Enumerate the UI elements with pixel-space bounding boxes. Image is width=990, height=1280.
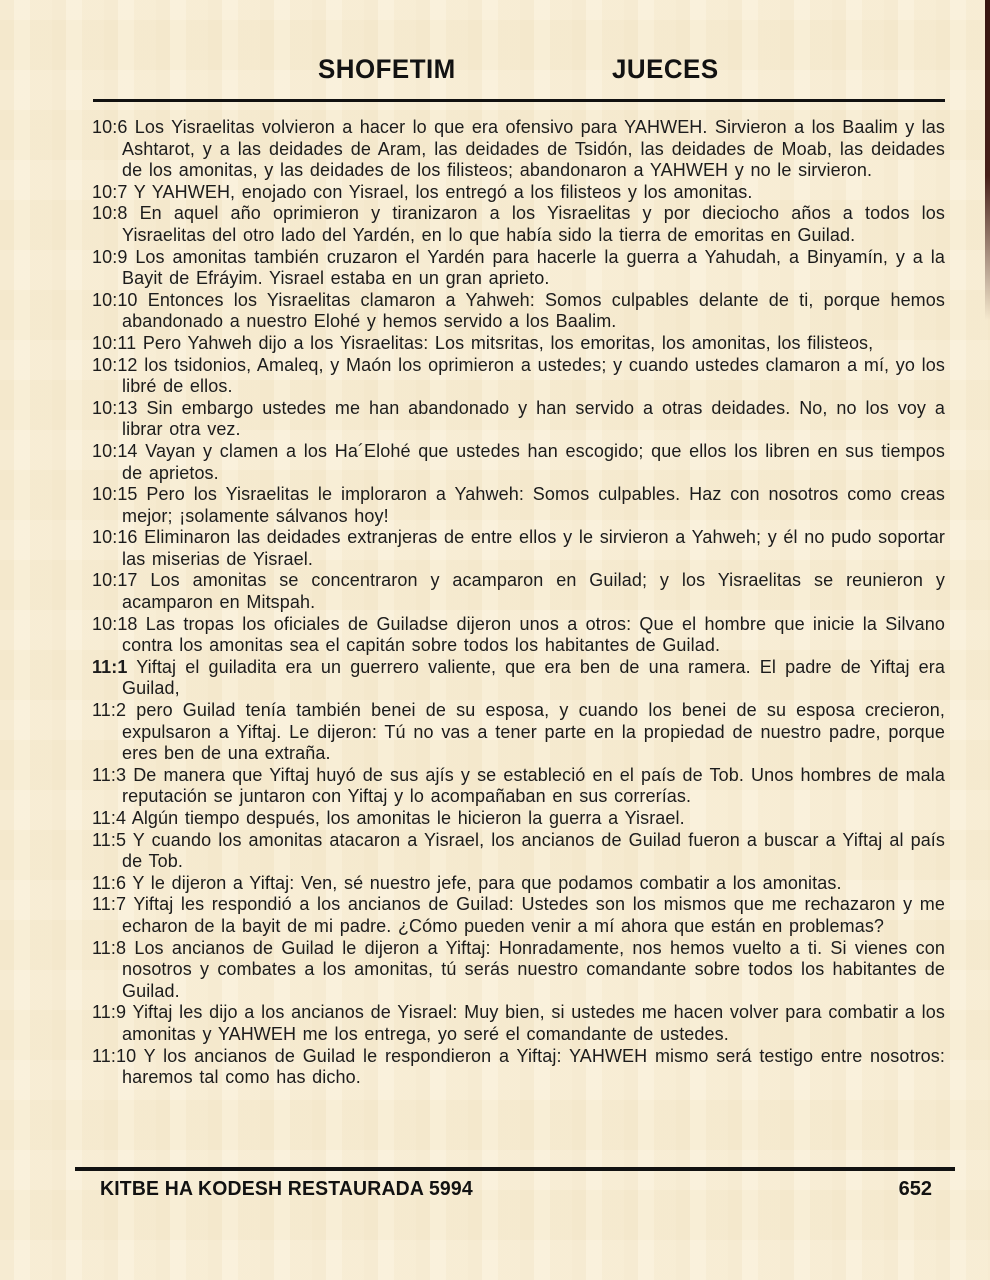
verse-text: Los amonitas también cruzaron el Yardén … — [122, 247, 945, 289]
verse-number: 11:10 — [92, 1046, 136, 1066]
verse-text: los tsidonios, Amaleq, y Maón los oprimi… — [122, 355, 945, 397]
verse-line: 10:16 Eliminaron las deidades extranjera… — [92, 527, 945, 570]
footer-rule — [75, 1167, 955, 1171]
verse-line: 11:3 De manera que Yiftaj huyó de sus aj… — [92, 765, 945, 808]
verse-number: 11:6 — [92, 873, 126, 893]
scan-edge-artifact — [985, 0, 990, 320]
verse-text: pero Guilad tenía también benei de su es… — [122, 700, 945, 763]
scripture-text-block: 10:6 Los Yisraelitas volvieron a hacer l… — [92, 117, 945, 1089]
verse-text: De manera que Yiftaj huyó de sus ajís y … — [122, 765, 945, 807]
verse-line: 10:6 Los Yisraelitas volvieron a hacer l… — [92, 117, 945, 182]
header-rule — [93, 99, 945, 102]
book-title-hebrew: SHOFETIM — [318, 54, 456, 85]
verse-line: 11:2 pero Guilad tenía también benei de … — [92, 700, 945, 765]
verse-text: Y le dijeron a Yiftaj: Ven, sé nuestro j… — [132, 873, 841, 893]
verse-text: Algún tiempo después, los amonitas le hi… — [132, 808, 685, 828]
verse-line: 11:1 Yiftaj el guiladita era un guerrero… — [92, 657, 945, 700]
verse-text: Y los ancianos de Guilad le respondieron… — [122, 1046, 945, 1088]
verse-text: Sin embargo ustedes me han abandonado y … — [122, 398, 945, 440]
verse-number: 10:15 — [92, 484, 138, 504]
verse-number: 10:10 — [92, 290, 138, 310]
verse-text: Los amonitas se concentraron y acamparon… — [122, 570, 945, 612]
verse-line: 10:18 Las tropas los oficiales de Guilad… — [92, 614, 945, 657]
verse-text: Los Yisraelitas volvieron a hacer lo que… — [122, 117, 945, 180]
verse-text: En aquel año oprimieron y tiranizaron a … — [122, 203, 945, 245]
verse-text: Entonces los Yisraelitas clamaron a Yahw… — [122, 290, 945, 332]
verse-number: 11:8 — [92, 938, 126, 958]
verse-text: Yiftaj les dijo a los ancianos de Yisrae… — [122, 1002, 945, 1044]
verse-line: 10:9 Los amonitas también cruzaron el Ya… — [92, 247, 945, 290]
verse-number: 10:14 — [92, 441, 138, 461]
verse-text: Eliminaron las deidades extranjeras de e… — [122, 527, 945, 569]
verse-line: 11:5 Y cuando los amonitas atacaron a Yi… — [92, 830, 945, 873]
verse-line: 10:15 Pero los Yisraelitas le imploraron… — [92, 484, 945, 527]
verse-line: 10:10 Entonces los Yisraelitas clamaron … — [92, 290, 945, 333]
verse-line: 11:8 Los ancianos de Guilad le dijeron a… — [92, 938, 945, 1003]
verse-number: 11:3 — [92, 765, 126, 785]
verse-line: 10:11 Pero Yahweh dijo a los Yisraelitas… — [92, 333, 945, 355]
verse-text: Y YAHWEH, enojado con Yisrael, los entre… — [134, 182, 753, 202]
verse-number: 10:9 — [92, 247, 127, 267]
verse-number: 11:1 — [92, 657, 127, 677]
verse-text: Pero Yahweh dijo a los Yisraelitas: Los … — [143, 333, 873, 353]
verse-number: 11:5 — [92, 830, 126, 850]
verse-line: 10:12 los tsidonios, Amaleq, y Maón los … — [92, 355, 945, 398]
verse-text: Los ancianos de Guilad le dijeron a Yift… — [122, 938, 945, 1001]
page-number: 652 — [899, 1178, 932, 1201]
verse-text: Vayan y clamen a los Ha´Elohé que ustede… — [122, 441, 945, 483]
verse-number: 10:11 — [92, 333, 136, 353]
verse-line: 11:7 Yiftaj les respondió a los ancianos… — [92, 894, 945, 937]
verse-number: 10:7 — [92, 182, 127, 202]
verse-line: 11:9 Yiftaj les dijo a los ancianos de Y… — [92, 1002, 945, 1045]
verse-line: 10:7 Y YAHWEH, enojado con Yisrael, los … — [92, 182, 945, 204]
verse-number: 11:4 — [92, 808, 126, 828]
verse-line: 11:4 Algún tiempo después, los amonitas … — [92, 808, 945, 830]
verse-line: 11:6 Y le dijeron a Yiftaj: Ven, sé nues… — [92, 873, 945, 895]
verse-line: 10:13 Sin embargo ustedes me han abandon… — [92, 398, 945, 441]
verse-number: 10:12 — [92, 355, 138, 375]
verse-line: 11:10 Y los ancianos de Guilad le respon… — [92, 1046, 945, 1089]
verse-text: Pero los Yisraelitas le imploraron a Yah… — [122, 484, 945, 526]
edition-title: KITBE HA KODESH RESTAURADA 5994 — [100, 1178, 473, 1201]
verse-number: 11:7 — [92, 894, 126, 914]
verse-line: 10:14 Vayan y clamen a los Ha´Elohé que … — [92, 441, 945, 484]
verse-text: Las tropas los oficiales de Guiladse dij… — [122, 614, 945, 656]
verse-number: 11:2 — [92, 700, 126, 720]
verse-text: Y cuando los amonitas atacaron a Yisrael… — [122, 830, 945, 872]
verse-text: Yiftaj el guiladita era un guerrero vali… — [122, 657, 945, 699]
verse-line: 10:17 Los amonitas se concentraron y aca… — [92, 570, 945, 613]
verse-number: 11:9 — [92, 1002, 126, 1022]
verse-number: 10:8 — [92, 203, 127, 223]
verse-number: 10:17 — [92, 570, 138, 590]
verse-number: 10:6 — [92, 117, 127, 137]
book-title-spanish: JUECES — [612, 54, 719, 85]
verse-number: 10:16 — [92, 527, 138, 547]
verse-text: Yiftaj les respondió a los ancianos de G… — [122, 894, 945, 936]
verse-number: 10:18 — [92, 614, 138, 634]
verse-number: 10:13 — [92, 398, 138, 418]
verse-line: 10:8 En aquel año oprimieron y tiranizar… — [92, 203, 945, 246]
